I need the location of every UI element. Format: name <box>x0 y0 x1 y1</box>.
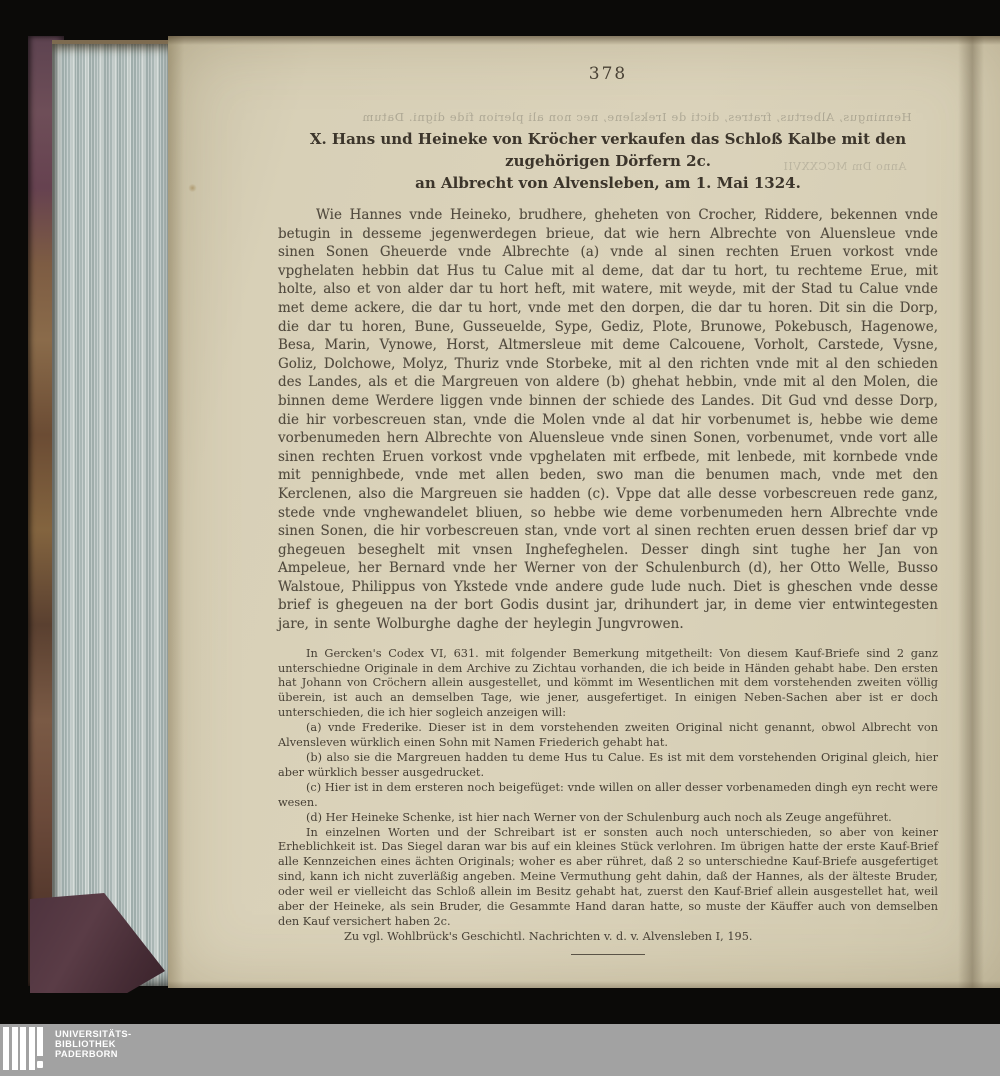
end-rule <box>571 954 645 955</box>
book-page: 378 Henningus, Albertus, fratres, dicti … <box>168 36 1000 988</box>
library-name: UNIVERSITÄTS- BIBLIOTHEK PADERBORN <box>55 1030 131 1059</box>
gutter-crease <box>958 36 984 988</box>
charter-body-text: Wie Hannes vnde Heineko, brudhere, ghehe… <box>278 206 938 634</box>
footnotes-block: In Gercken's Codex VI, 631. mit folgende… <box>278 647 938 945</box>
show-through-text: Henningus, Albertus, fratres, dicti de I… <box>278 110 912 126</box>
footnote-b: (b) also sie die Margreuen hadden tu dem… <box>278 751 938 781</box>
library-brand-bar: UNIVERSITÄTS- BIBLIOTHEK PADERBORN <box>0 1024 1000 1076</box>
footnote-d: (d) Her Heineke Schenke, ist hier nach W… <box>278 811 938 826</box>
heading-line2: an Albrecht von Alvensleben, am 1. Mai 1… <box>278 172 938 194</box>
show-through-fragment: Anno Dm MCCXXVII <box>783 160 906 173</box>
foxing-spot <box>188 184 197 192</box>
scan-backdrop: 378 Henningus, Albertus, fratres, dicti … <box>0 0 1000 1076</box>
footnote-remarks: In einzelnen Worten und der Schreibart i… <box>278 826 938 930</box>
page-content: 378 Henningus, Albertus, fratres, dicti … <box>278 64 938 955</box>
footnote-citation: Zu vgl. Wohlbrück's Geschichtl. Nachrich… <box>278 930 938 945</box>
footnote-a: (a) vnde Frederike. Dieser ist in dem vo… <box>278 721 938 751</box>
page-number: 378 <box>278 64 938 86</box>
footnote-c: (c) Hier ist in dem ersteren noch beigef… <box>278 781 938 811</box>
ub-paderborn-logo-icon <box>3 1027 43 1072</box>
page-edge-stack <box>52 40 174 986</box>
footnote-intro: In Gercken's Codex VI, 631. mit folgende… <box>278 647 938 722</box>
brand-line-3: PADERBORN <box>55 1050 131 1060</box>
